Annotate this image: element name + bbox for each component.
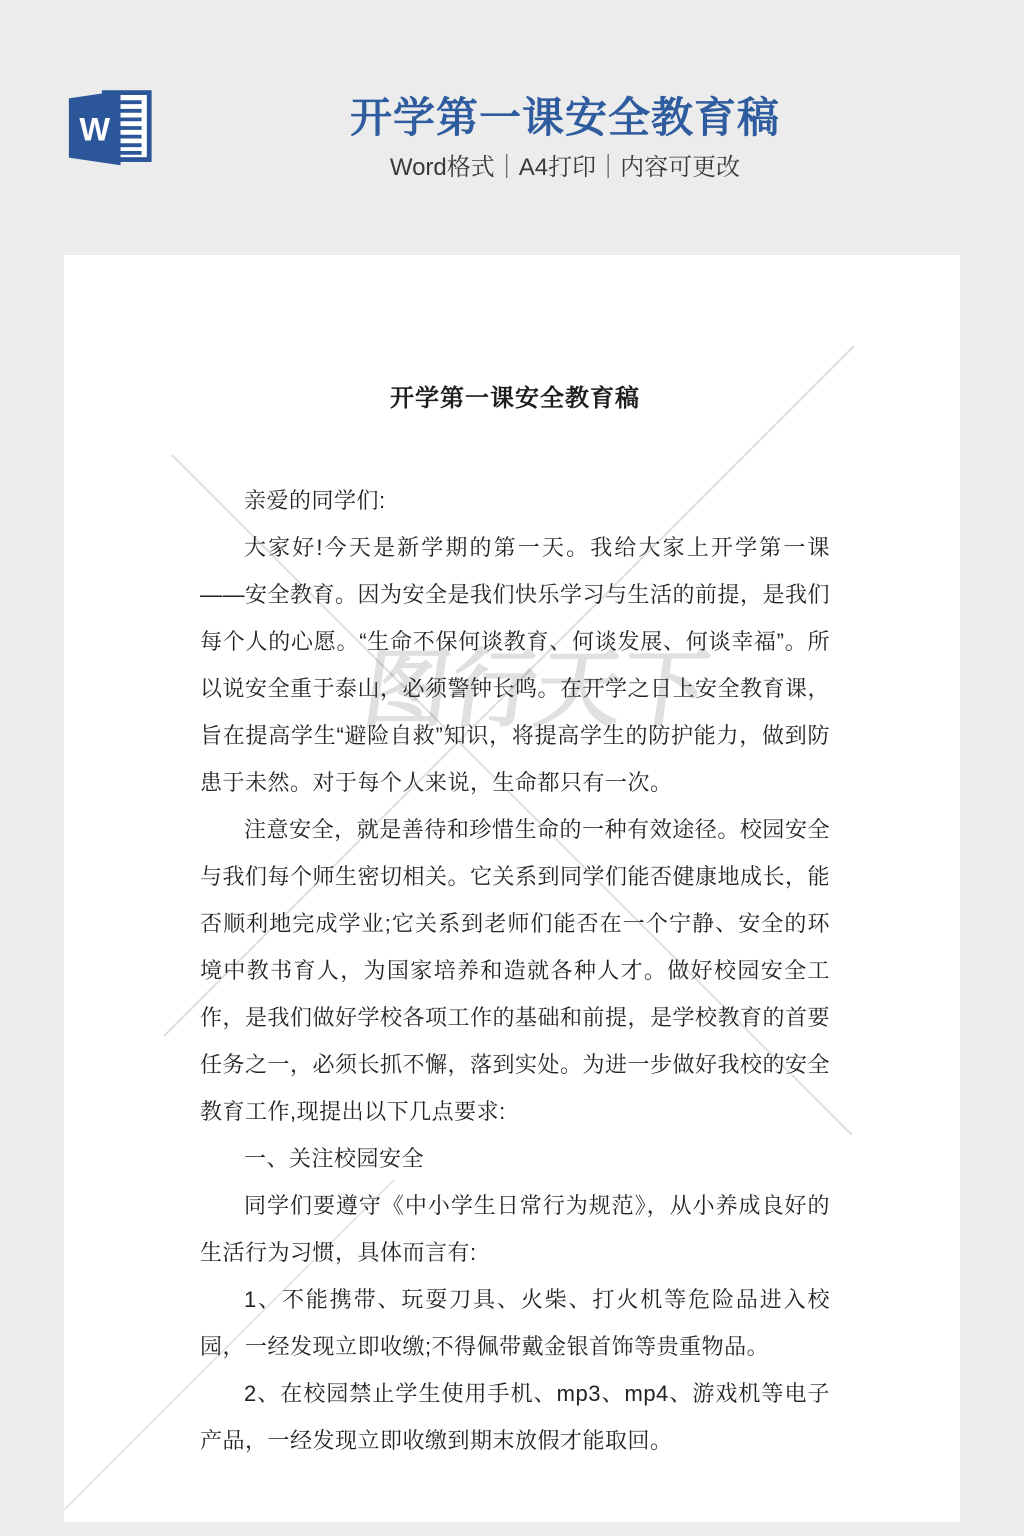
document-page: 图行天下 开学第一课安全教育稿 亲爱的同学们: 大家好!今天是新学期的第一天。我… xyxy=(64,255,960,1522)
paragraph: 大家好!今天是新学期的第一天。我给大家上开学第一课——安全教育。因为安全是我们快… xyxy=(200,524,830,806)
template-title: 开学第一课安全教育稿 xyxy=(160,92,970,144)
app-background: W 开学第一课安全教育稿 Word格式｜A4打印｜内容可更改 图行天下 开学第一… xyxy=(0,0,1024,1536)
paragraph-salutation: 亲爱的同学们: xyxy=(200,477,830,524)
paragraph: 同学们要遵守《中小学生日常行为规范》，从小养成良好的生活行为习惯，具体而言有: xyxy=(200,1182,830,1276)
template-header: W 开学第一课安全教育稿 Word格式｜A4打印｜内容可更改 xyxy=(0,0,1024,255)
document-content: 开学第一课安全教育稿 亲爱的同学们: 大家好!今天是新学期的第一天。我给大家上开… xyxy=(64,255,960,1464)
word-icon: W xyxy=(66,88,154,168)
document-body: 亲爱的同学们: 大家好!今天是新学期的第一天。我给大家上开学第一课——安全教育。… xyxy=(200,477,830,1464)
document-title: 开学第一课安全教育稿 xyxy=(200,375,830,422)
template-subtitle: Word格式｜A4打印｜内容可更改 xyxy=(160,154,970,182)
header-text-block: 开学第一课安全教育稿 Word格式｜A4打印｜内容可更改 xyxy=(160,92,970,182)
paragraph: 注意安全，就是善待和珍惜生命的一种有效途径。校园安全与我们每个师生密切相关。它关… xyxy=(200,806,830,1135)
paragraph-section-heading: 一、关注校园安全 xyxy=(200,1135,830,1182)
paragraph-list-item: 2、在校园禁止学生使用手机、mp3、mp4、游戏机等电子产品，一经发现立即收缴到… xyxy=(200,1370,830,1464)
paragraph-list-item: 1、不能携带、玩耍刀具、火柴、打火机等危险品进入校园，一经发现立即收缴;不得佩带… xyxy=(200,1276,830,1370)
svg-text:W: W xyxy=(79,111,110,147)
